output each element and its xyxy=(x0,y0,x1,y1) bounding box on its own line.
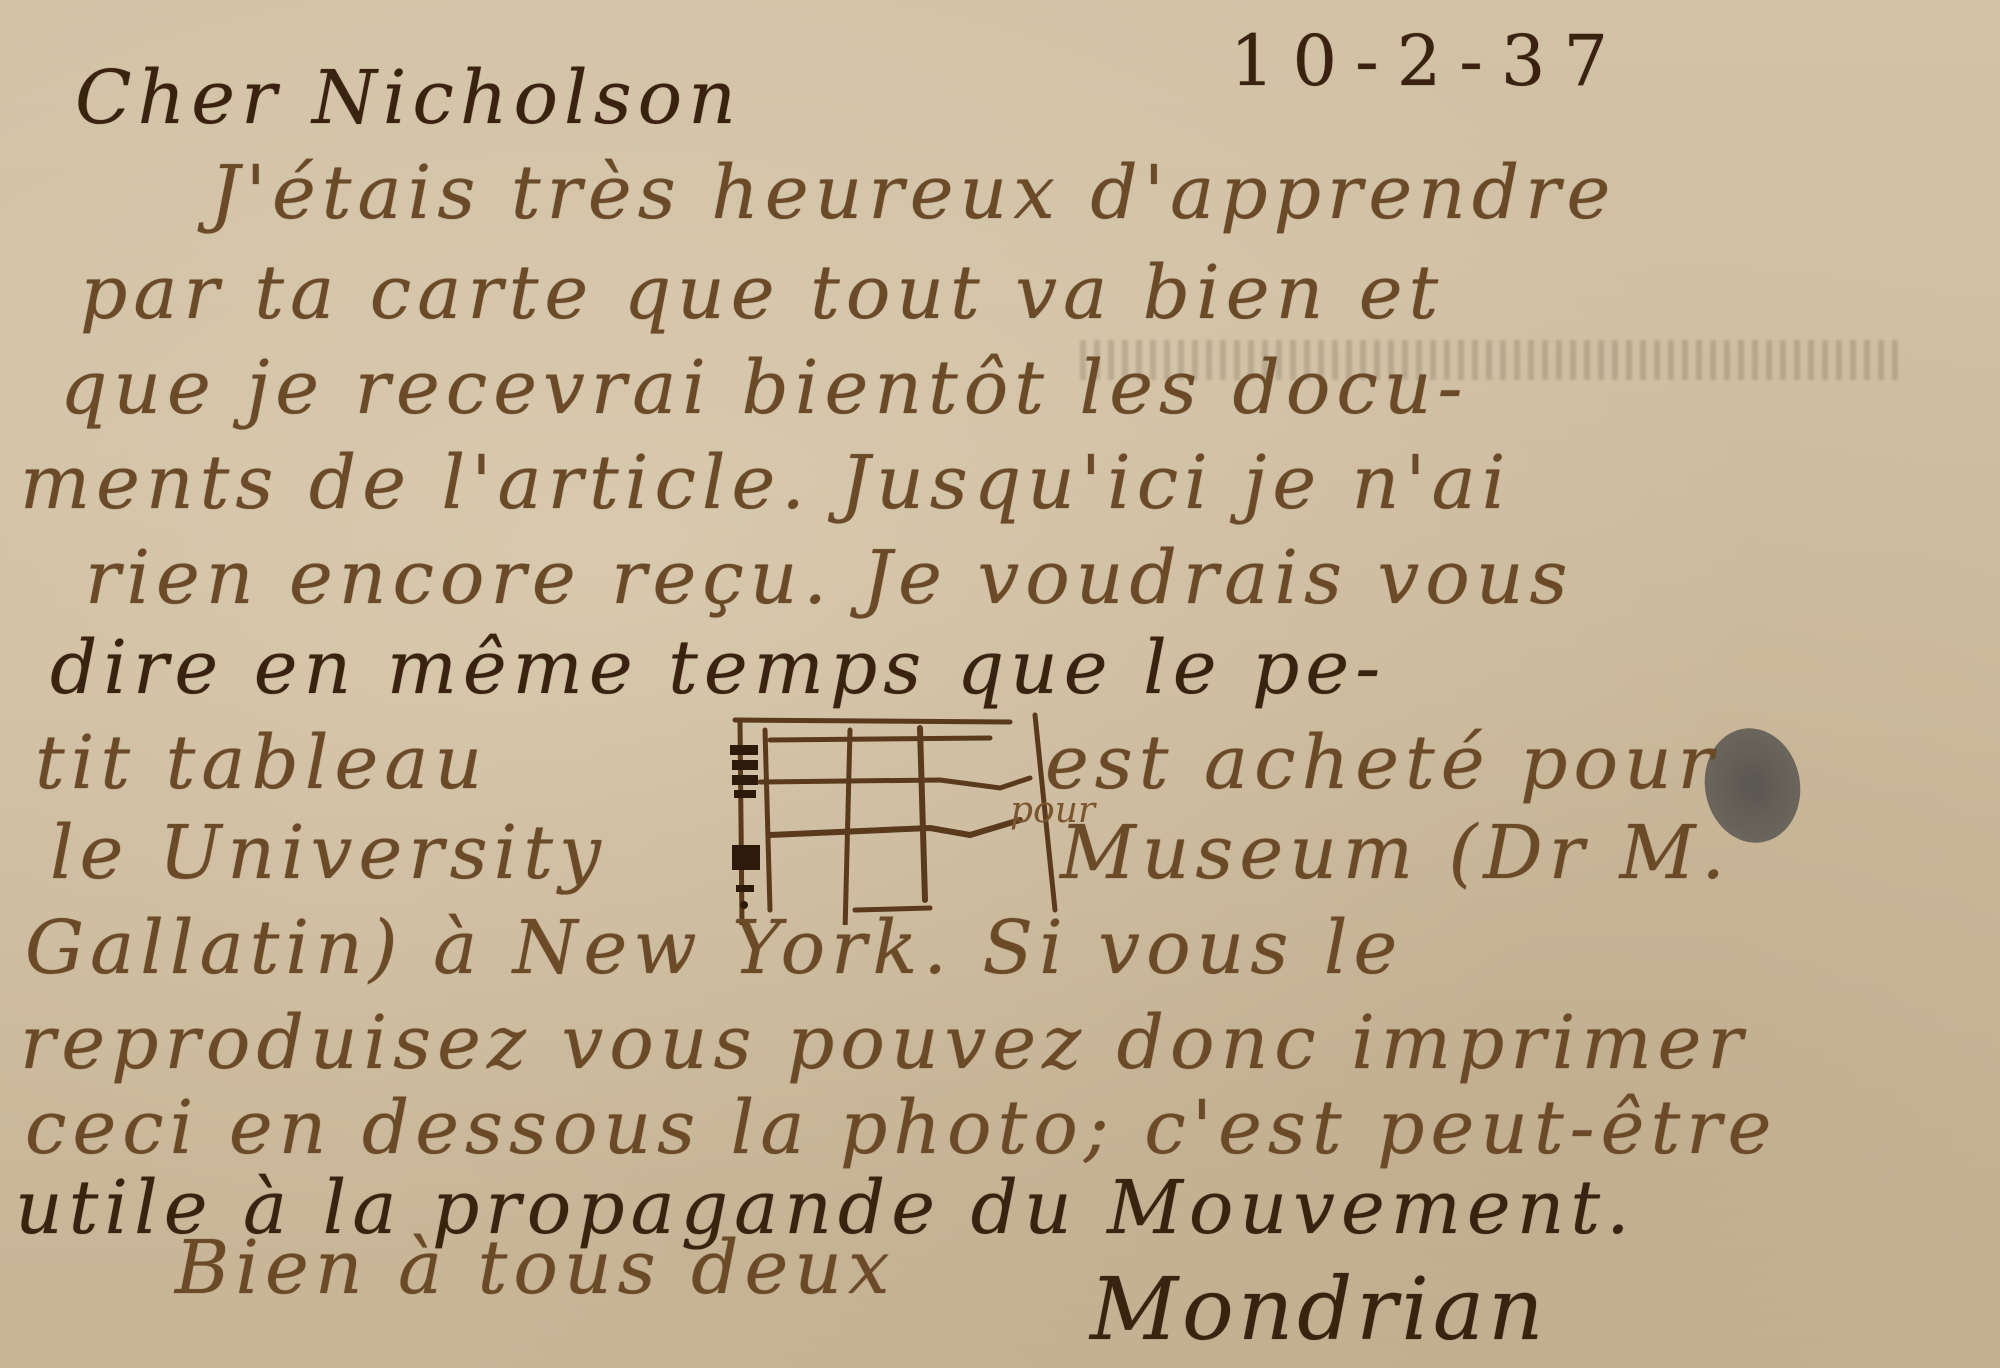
closing: Bien à tous deux xyxy=(175,1225,896,1311)
sketch-annotation: pour xyxy=(1010,790,1095,831)
letter-line-8b: Museum (Dr M. xyxy=(1060,810,1731,896)
letter-line-3: que je recevrai bientôt les docu- xyxy=(60,345,1469,431)
letter-line-7b: est acheté pour xyxy=(1045,720,1719,806)
letter-line-9: Gallatin) à New York. Si vous le xyxy=(25,905,1403,991)
letter-line-8: le University xyxy=(50,810,607,896)
letter-line-1: J'étais très heureux d'apprendre xyxy=(210,150,1616,236)
letter-line-10: reproduisez vous pouvez donc imprimer xyxy=(20,1000,1749,1086)
signature: Mondrian xyxy=(1090,1260,1548,1360)
letter-line-2: par ta carte que tout va bien et xyxy=(80,250,1444,336)
letter-line-6: dire en même temps que le pe- xyxy=(50,625,1386,711)
date: 10-2-37 xyxy=(1230,20,1626,102)
salutation: Cher Nicholson xyxy=(75,55,742,141)
letter-line-4: ments de l'article. Jusqu'ici je n'ai xyxy=(20,440,1511,526)
letter-line-11: ceci en dessous la photo; c'est peut-êtr… xyxy=(25,1085,1777,1171)
postcard: 10-2-37 Cher Nicholson J'étais très heur… xyxy=(0,0,2000,1368)
letter-line-7: tit tableau xyxy=(35,720,488,806)
letter-line-5: rien encore reçu. Je voudrais vous xyxy=(85,535,1574,621)
